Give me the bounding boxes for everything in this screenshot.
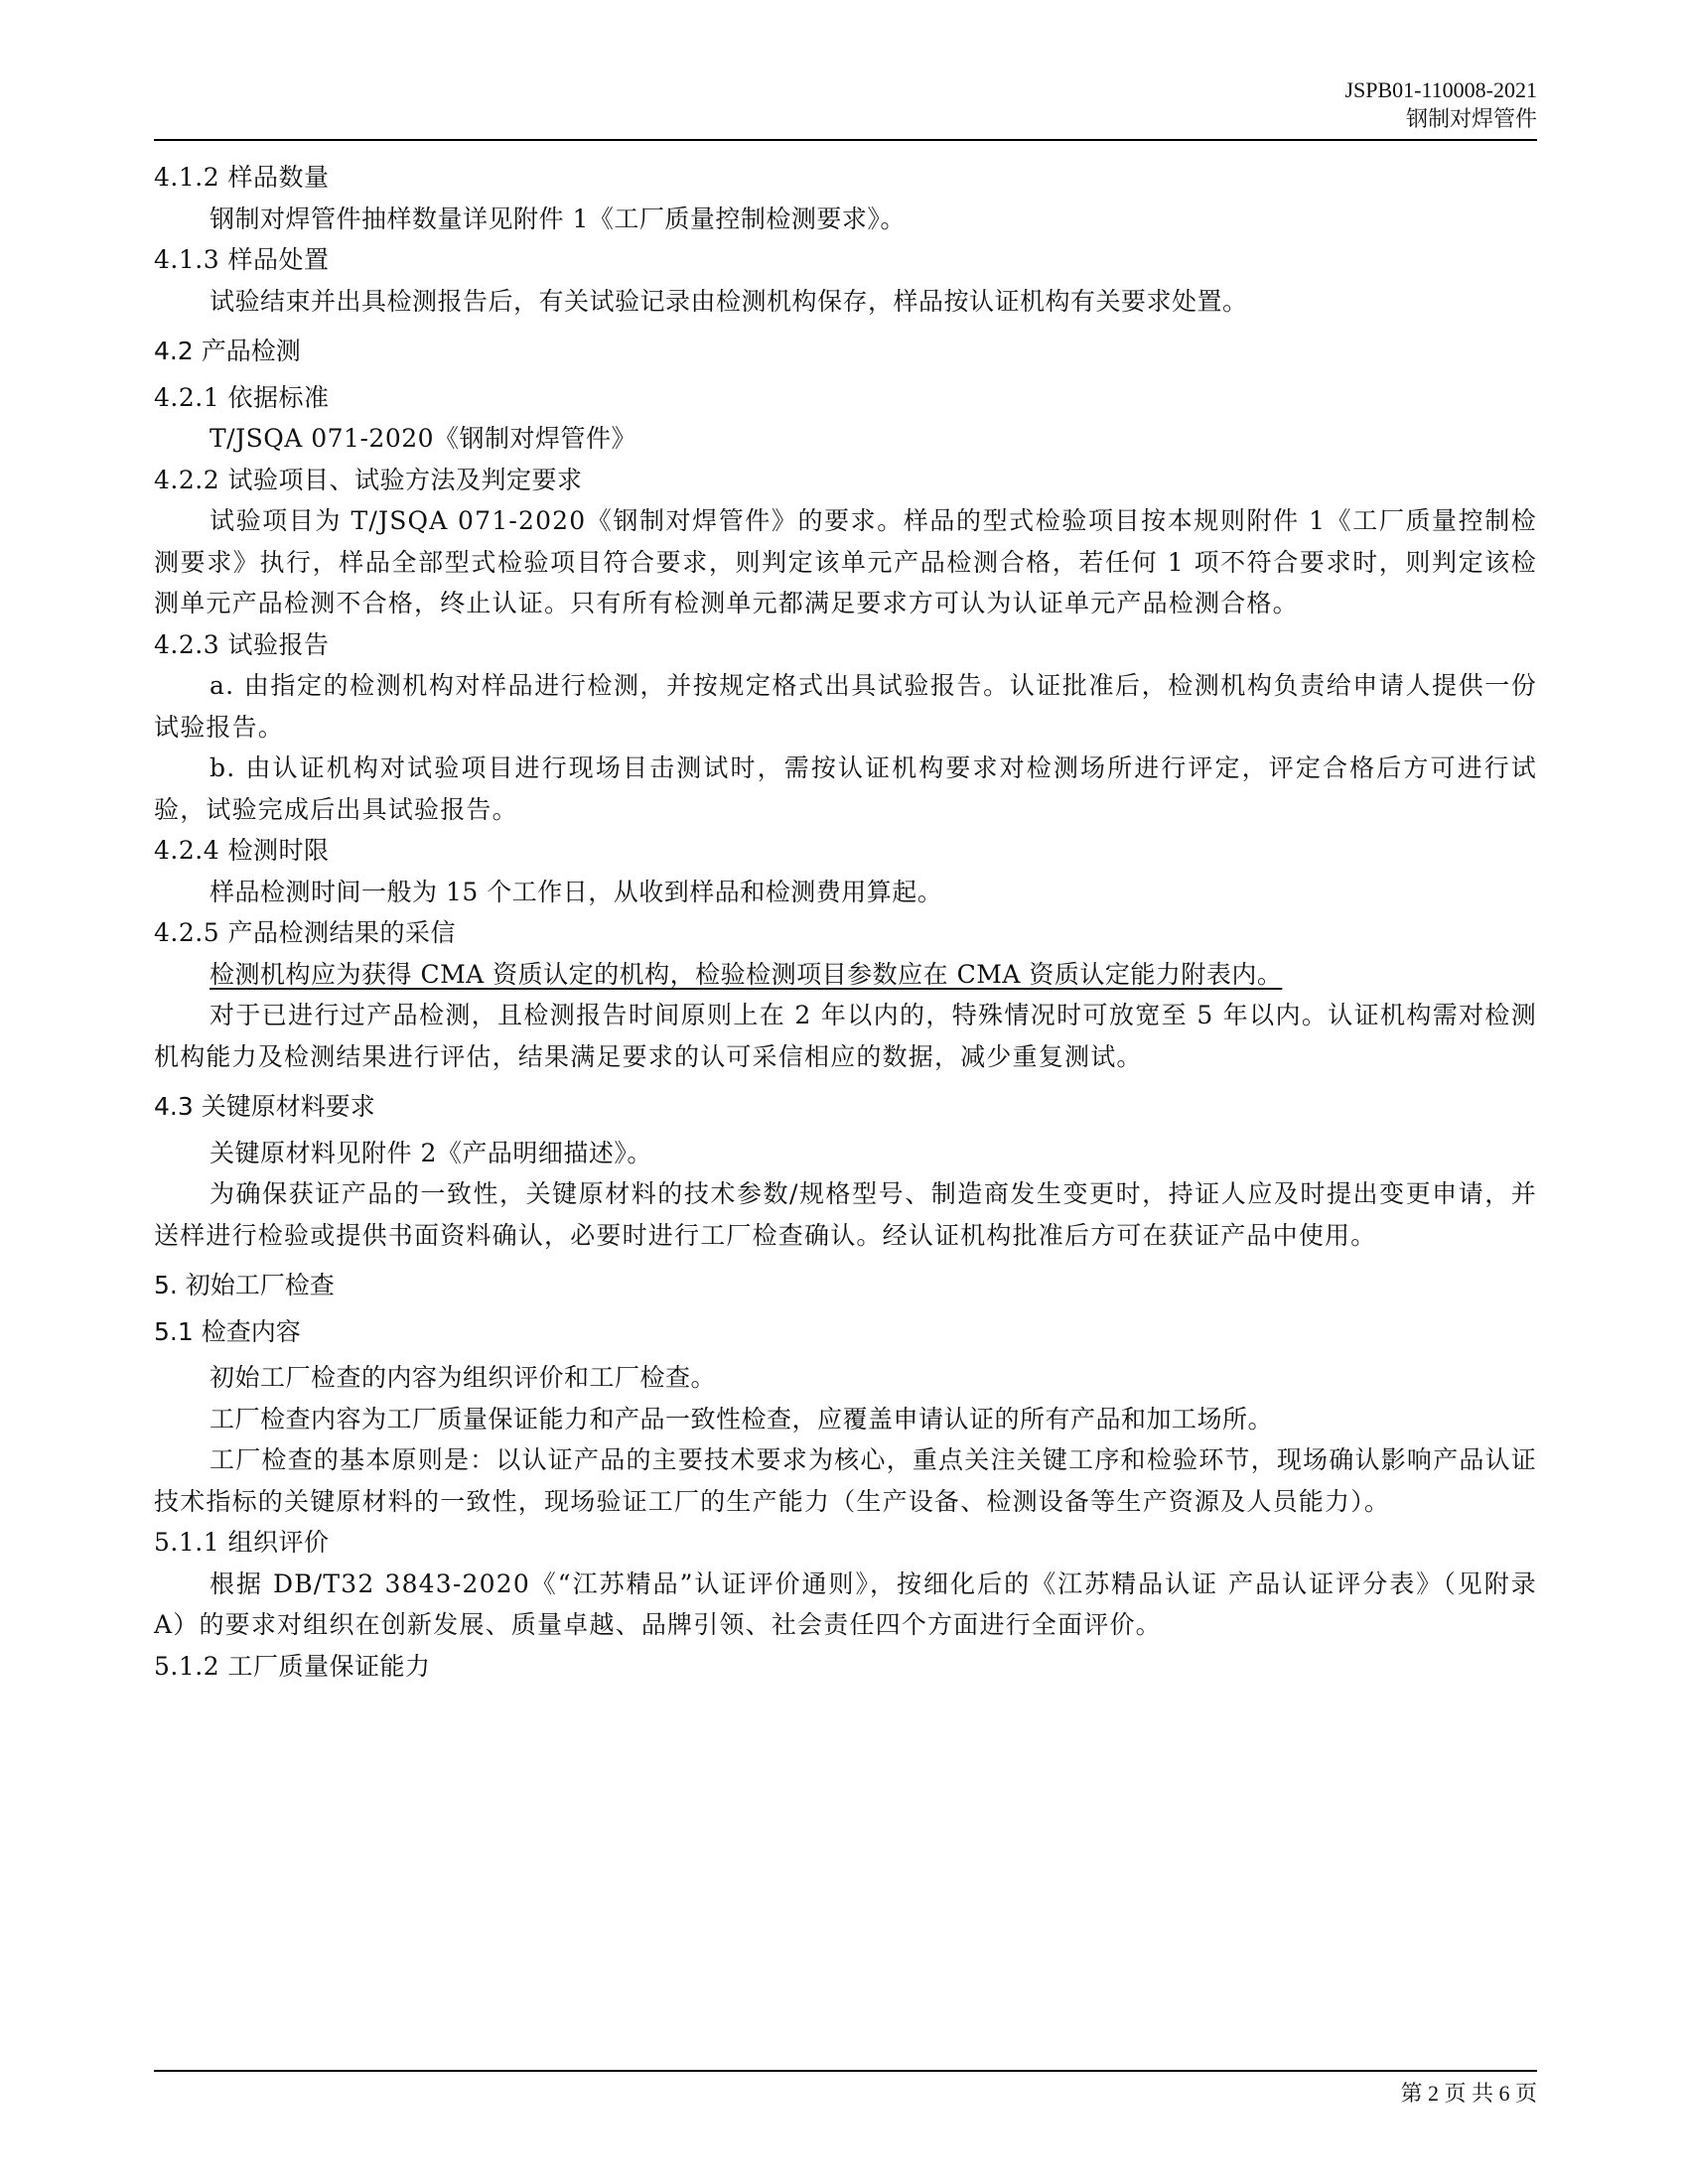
heading-5-1: 5.1 检查内容	[154, 1311, 1537, 1353]
heading-4-2-5: 4.2.5 产品检测结果的采信	[154, 912, 1537, 954]
document-code: JSPB01-110008-2021	[154, 75, 1537, 104]
heading-5: 5. 初始工厂检查	[154, 1265, 1537, 1306]
paragraph-4-3-b: 为确保获证产品的一致性，关键原材料的技术参数/规格型号、制造商发生变更时，持证人…	[154, 1173, 1537, 1256]
paragraph-5-1-a: 初始工厂检查的内容为组织评价和工厂检查。	[154, 1357, 1537, 1399]
heading-4-2-4: 4.2.4 检测时限	[154, 830, 1537, 872]
heading-5-1-2: 5.1.2 工厂质量保证能力	[154, 1646, 1537, 1688]
paragraph-4-3-a: 关键原材料见附件 2《产品明细描述》。	[154, 1133, 1537, 1174]
header-divider	[154, 139, 1537, 141]
heading-4-2-3: 4.2.3 试验报告	[154, 624, 1537, 666]
paragraph-5-1-c: 工厂检查的基本原则是：以认证产品的主要技术要求为核心，重点关注关键工序和检验环节…	[154, 1439, 1537, 1522]
heading-4-2-2: 4.2.2 试验项目、试验方法及判定要求	[154, 460, 1537, 501]
page-header: JSPB01-110008-2021 钢制对焊管件	[154, 75, 1537, 133]
paragraph-4-2-5: 对于已进行过产品检测，且检测报告时间原则上在 2 年以内的，特殊情况时可放宽至 …	[154, 995, 1537, 1077]
paragraph-5-1-b: 工厂检查内容为工厂质量保证能力和产品一致性检查，应覆盖申请认证的所有产品和加工场…	[154, 1399, 1537, 1440]
underlined-paragraph-wrapper: 检测机构应为获得 CMA 资质认定的机构，检验检测项目参数应在 CMA 资质认定…	[154, 954, 1537, 996]
heading-5-1-1: 5.1.1 组织评价	[154, 1522, 1537, 1564]
paragraph-5-1-1: 根据 DB/T32 3843-2020《“江苏精品”认证评价通则》，按细化后的《…	[154, 1564, 1537, 1646]
paragraph-4-2-4: 样品检测时间一般为 15 个工作日，从收到样品和检测费用算起。	[154, 872, 1537, 913]
heading-4-3: 4.3 关键原材料要求	[154, 1086, 1537, 1128]
list-item-a: a. 由指定的检测机构对样品进行检测，并按规定格式出具试验报告。认证批准后，检测…	[154, 665, 1537, 748]
footer-divider	[154, 2070, 1537, 2072]
paragraph-4-1-3: 试验结束并出具检测报告后，有关试验记录由检测机构保存，样品按认证机构有关要求处置…	[154, 281, 1537, 323]
page-number: 第 2 页 共 6 页	[154, 2079, 1537, 2109]
underlined-requirement: 检测机构应为获得 CMA 资质认定的机构，检验检测项目参数应在 CMA 资质认定…	[210, 960, 1282, 989]
heading-4-2: 4.2 产品检测	[154, 331, 1537, 372]
heading-4-1-3: 4.1.3 样品处置	[154, 239, 1537, 281]
heading-4-1-2: 4.1.2 样品数量	[154, 157, 1537, 199]
paragraph-4-2-2: 试验项目为 T/JSQA 071-2020《钢制对焊管件》的要求。样品的型式检验…	[154, 500, 1537, 624]
page-body: 4.1.2 样品数量 钢制对焊管件抽样数量详见附件 1《工厂质量控制检测要求》。…	[154, 157, 1537, 1687]
document-title: 钢制对焊管件	[154, 104, 1537, 133]
paragraph-4-1-2: 钢制对焊管件抽样数量详见附件 1《工厂质量控制检测要求》。	[154, 199, 1537, 240]
heading-4-2-1: 4.2.1 依据标准	[154, 377, 1537, 419]
list-item-b: b. 由认证机构对试验项目进行现场目击测试时，需按认证机构要求对检测场所进行评定…	[154, 748, 1537, 830]
paragraph-4-2-1: T/JSQA 071-2020《钢制对焊管件》	[154, 418, 1537, 460]
